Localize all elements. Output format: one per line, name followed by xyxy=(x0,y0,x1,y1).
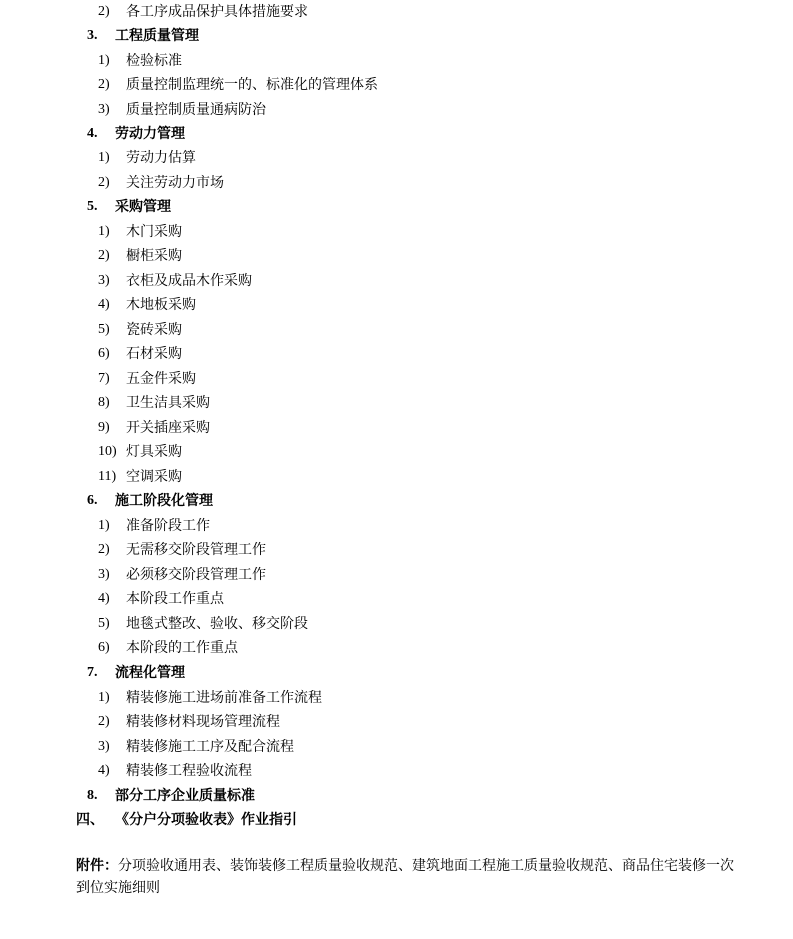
outline-number: 1) xyxy=(98,222,110,242)
outline-number: 6. xyxy=(87,491,98,511)
outline-text: 部分工序企业质量标准 xyxy=(115,786,255,806)
outline-text: 本阶段的工作重点 xyxy=(126,638,238,658)
outline-number: 1) xyxy=(98,516,110,536)
attachment-label: 附件： xyxy=(76,858,118,874)
outline-text: 地毯式整改、验收、移交阶段 xyxy=(126,614,308,634)
outline-number: 1) xyxy=(98,51,110,71)
outline-text: 灯具采购 xyxy=(126,442,182,462)
outline-text: 采购管理 xyxy=(115,197,171,217)
outline-text: 空调采购 xyxy=(126,467,182,487)
attachment-text: 分项验收通用表、装饰装修工程质量验收规范、建筑地面工程施工质量验收规范、商品住宅… xyxy=(76,858,734,896)
outline-text: 各工序成品保护具体措施要求 xyxy=(126,2,308,22)
outline-text: 精装修施工进场前准备工作流程 xyxy=(126,688,322,708)
outline-text: 检验标准 xyxy=(126,51,182,71)
outline-number: 11) xyxy=(98,467,116,487)
outline-number: 4. xyxy=(87,124,98,144)
outline-text: 劳动力管理 xyxy=(115,124,185,144)
outline-number: 5) xyxy=(98,614,110,634)
outline-number: 7) xyxy=(98,369,110,389)
outline-text: 准备阶段工作 xyxy=(126,516,210,536)
outline-text: 精装修施工工序及配合流程 xyxy=(126,737,294,757)
outline-number: 四、 xyxy=(76,810,104,830)
outline-number: 2) xyxy=(98,540,110,560)
outline-number: 5. xyxy=(87,197,98,217)
outline-number: 4) xyxy=(98,295,110,315)
outline-text: 瓷砖采购 xyxy=(126,320,182,340)
outline-number: 9) xyxy=(98,418,110,438)
outline-number: 3) xyxy=(98,565,110,585)
outline-text: 开关插座采购 xyxy=(126,418,210,438)
outline-text: 衣柜及成品木作采购 xyxy=(126,271,252,291)
outline-text: 劳动力估算 xyxy=(126,148,196,168)
outline-number: 7. xyxy=(87,663,98,683)
outline-number: 8) xyxy=(98,393,110,413)
outline-number: 3) xyxy=(98,737,110,757)
outline-text: 五金件采购 xyxy=(126,369,196,389)
outline-number: 2) xyxy=(98,75,110,95)
outline-number: 4) xyxy=(98,761,110,781)
attachment-paragraph: 附件：分项验收通用表、装饰装修工程质量验收规范、建筑地面工程施工质量验收规范、商… xyxy=(76,855,736,899)
outline-text: 工程质量管理 xyxy=(115,26,199,46)
outline-text: 流程化管理 xyxy=(115,663,185,683)
outline-text: 木门采购 xyxy=(126,222,182,242)
outline-number: 2) xyxy=(98,173,110,193)
outline-number: 3. xyxy=(87,26,98,46)
outline-number: 3) xyxy=(98,271,110,291)
outline-number: 1) xyxy=(98,688,110,708)
outline-text: 质量控制质量通病防治 xyxy=(126,100,266,120)
outline-number: 8. xyxy=(87,786,98,806)
outline-number: 2) xyxy=(98,246,110,266)
outline-text: 石材采购 xyxy=(126,344,182,364)
outline-text: 关注劳动力市场 xyxy=(126,173,224,193)
outline-number: 2) xyxy=(98,2,110,22)
outline-text: 精装修工程验收流程 xyxy=(126,761,252,781)
outline-text: 木地板采购 xyxy=(126,295,196,315)
outline-text: 卫生洁具采购 xyxy=(126,393,210,413)
outline-text: 必须移交阶段管理工作 xyxy=(126,565,266,585)
outline-number: 1) xyxy=(98,148,110,168)
outline-text: 本阶段工作重点 xyxy=(126,589,224,609)
outline-text: 质量控制监理统一的、标准化的管理体系 xyxy=(126,75,378,95)
outline-number: 4) xyxy=(98,589,110,609)
outline-text: 精装修材料现场管理流程 xyxy=(126,712,280,732)
outline-number: 10) xyxy=(98,442,117,462)
outline-number: 6) xyxy=(98,344,110,364)
outline-text: 无需移交阶段管理工作 xyxy=(126,540,266,560)
outline-number: 3) xyxy=(98,100,110,120)
outline-number: 2) xyxy=(98,712,110,732)
outline-number: 6) xyxy=(98,638,110,658)
outline-text: 《分户分项验收表》作业指引 xyxy=(115,810,297,830)
outline-number: 5) xyxy=(98,320,110,340)
outline-text: 橱柜采购 xyxy=(126,246,182,266)
outline-text: 施工阶段化管理 xyxy=(115,491,213,511)
